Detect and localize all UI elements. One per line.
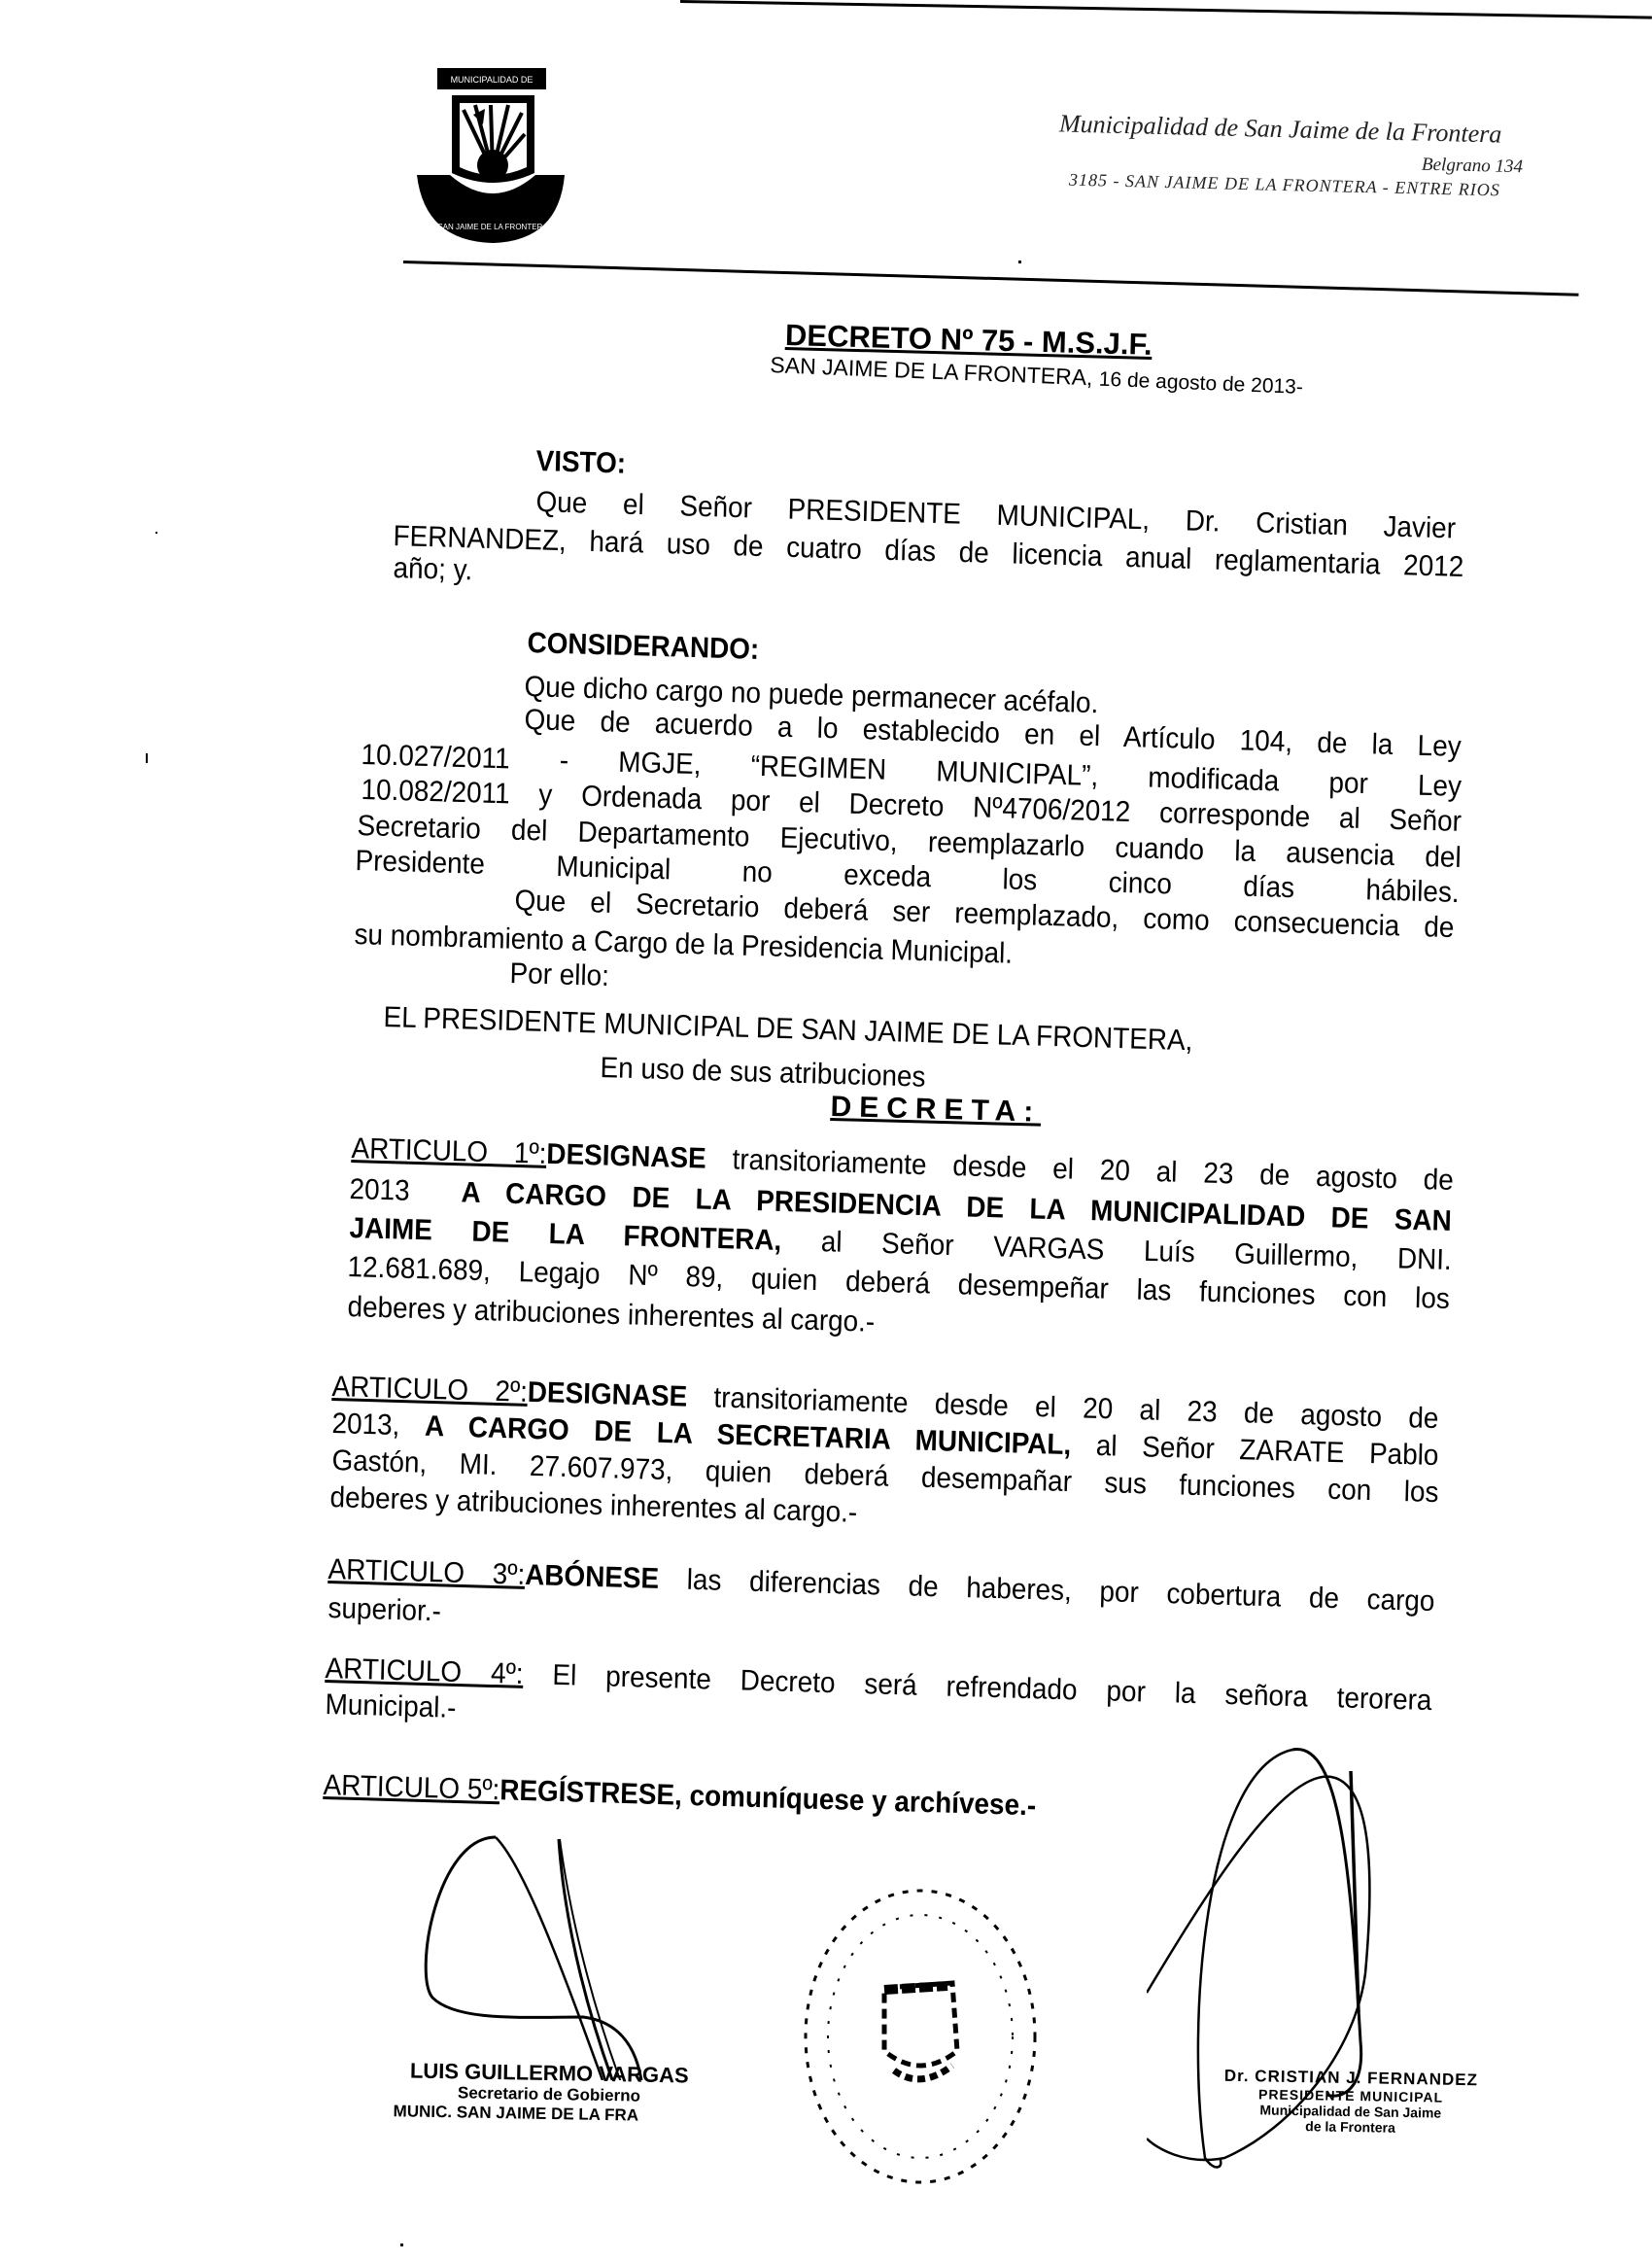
considerando-heading: CONSIDERANDO: [527, 627, 759, 667]
scan-speck [155, 532, 157, 534]
article-4-line: Municipal.- [325, 1688, 457, 1725]
municipal-coat-of-arms-icon: MUNICIPALIDAD DE SAN JAIME DE LA FRONTER… [413, 66, 568, 246]
official-seal-icon [792, 1881, 1050, 2192]
svg-text:SAN JAIME DE LA FRONTERA: SAN JAIME DE LA FRONTERA [437, 223, 548, 231]
article-verb: DESIGNASE [546, 1138, 706, 1175]
decree-date: 16 de agosto de 2013- [1098, 368, 1303, 399]
institution-name: Municipalidad de San Jaime de la Fronter… [1059, 109, 1502, 149]
signature-scribble-left-icon [398, 1827, 690, 2080]
decreta-heading: DECRETA: [830, 1091, 1042, 1130]
scan-speck [1018, 261, 1021, 263]
article-3: ARTICULO 3º:ABÓNESE las diferencias de h… [327, 1553, 1435, 1618]
visto-heading: VISTO: [535, 445, 626, 481]
article-4: ARTICULO 4º: El presente Decreto será re… [325, 1652, 1432, 1718]
scan-speck [400, 2244, 403, 2246]
authority-line: En uso de sus atribuciones [600, 1052, 926, 1095]
signer-org: MUNIC. SAN JAIME DE LA FRA [393, 2102, 704, 2126]
article-verb: DESIGNASE [527, 1376, 687, 1413]
authority-line: EL PRESIDENTE MUNICIPAL DE SAN JAIME DE … [383, 1001, 1193, 1058]
signature-block-secretary: LUIS GUILLERMO VARGAS Secretario de Gobi… [393, 2058, 705, 2126]
article-3-line: superior.- [327, 1592, 441, 1628]
letterhead-divider [403, 261, 1579, 296]
considerando-line: Por ello: [509, 957, 609, 993]
scan-speck [146, 753, 148, 763]
article-label: ARTICULO 4º: [325, 1652, 524, 1690]
article-label: ARTICULO 1º: [351, 1132, 547, 1170]
svg-text:MUNICIPALIDAD DE: MUNICIPALIDAD DE [451, 75, 533, 85]
institution-street: Belgrano 134 [1422, 155, 1523, 179]
article-label: ARTICULO 5º: [323, 1769, 500, 1806]
scan-edge-line [680, 0, 1652, 19]
article-label: ARTICULO 2º: [331, 1371, 528, 1409]
article-label: ARTICULO 3º: [327, 1553, 525, 1591]
signature-block-president: Dr. CRISTIAN J. FERNANDEZ PRESIDENTE MUN… [1194, 2066, 1506, 2137]
article-5: ARTICULO 5º:REGÍSTRESE, comuníquese y ar… [323, 1769, 1036, 1823]
visto-line: año; y. [393, 552, 473, 587]
article-1-line: deberes y atribuciones inherentes al car… [347, 1291, 875, 1339]
article-verb: ABÓNESE [525, 1559, 660, 1595]
article-verb: REGÍSTRESE, [499, 1774, 682, 1811]
